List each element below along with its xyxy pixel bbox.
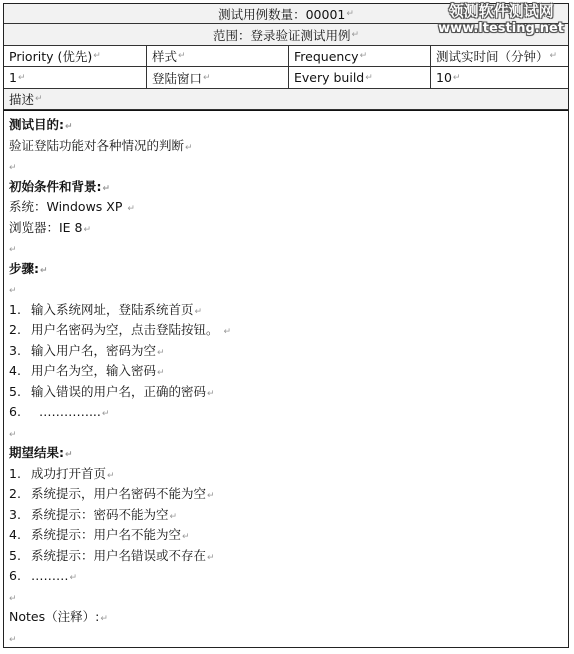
blank-line: ↵ [9, 628, 563, 649]
paragraph-mark-icon: ↵ [351, 30, 359, 40]
description-row: 描述↵ [4, 89, 568, 110]
step-text: …………... [39, 404, 101, 419]
paragraph-mark-icon: ↵ [360, 51, 368, 61]
frequency-value: Every build [294, 70, 364, 85]
paragraph-mark-icon: ↵ [195, 307, 203, 317]
paragraph-mark-icon: ↵ [84, 225, 92, 235]
conditions-browser: 浏览器：IE 8↵ [9, 218, 563, 239]
expected-item: 5.系统提示：用户名错误或不存在↵ [9, 546, 563, 567]
paragraph-mark-icon: ↵ [100, 614, 108, 624]
expected-text: 系统提示：用户名不能为空 [31, 527, 181, 542]
expected-text: 系统提示，用户名密码不能为空 [31, 486, 206, 501]
paragraph-mark-icon: ↵ [203, 73, 211, 83]
paragraph-mark-icon: ↵ [40, 266, 48, 276]
step-number: 6. [9, 402, 31, 423]
notes-label-text: Notes（注释）: [9, 609, 99, 624]
style-value-cell: 登陆窗口↵ [146, 67, 288, 88]
step-number: 5. [9, 382, 31, 403]
paragraph-mark-icon: ↵ [453, 73, 461, 83]
frequency-label: Frequency [294, 49, 359, 64]
blank-line: ↵ [9, 279, 563, 300]
watermark-name: 领测软件测试网 [438, 4, 564, 19]
style-label: 样式 [152, 47, 177, 65]
paragraph-mark-icon: ↵ [70, 573, 78, 583]
blank-line: ↵ [9, 156, 563, 177]
paragraph-mark-icon: ↵ [9, 245, 17, 255]
paragraph-mark-icon: ↵ [182, 532, 190, 542]
notes-label: Notes（注释）:↵ [9, 607, 563, 628]
step-text: 输入错误的用户名，正确的密码 [31, 384, 206, 399]
time-header: 测试实时间（分钟）↵ [430, 46, 568, 66]
paragraph-mark-icon: ↵ [93, 51, 101, 61]
test-case-table: 测试用例数量：00001↵ 范围：登录验证测试用例↵ Priority (优先)… [3, 3, 569, 648]
paragraph-mark-icon: ↵ [207, 553, 215, 563]
step-item: 6. …………...↵ [9, 402, 563, 423]
paragraph-mark-icon: ↵ [224, 327, 232, 337]
expected-text: 系统提示：密码不能为空 [31, 507, 169, 522]
paragraph-mark-icon: ↵ [9, 286, 17, 296]
paragraph-mark-icon: ↵ [157, 368, 165, 378]
blank-line: ↵ [9, 423, 563, 444]
frequency-header: Frequency↵ [288, 46, 430, 66]
expected-heading: 期望结果:↵ [9, 443, 563, 464]
step-number: 3. [9, 341, 31, 362]
step-item: 4.用户名为空，输入密码↵ [9, 361, 563, 382]
expected-item: 6.………↵ [9, 566, 563, 587]
priority-header: Priority (优先)↵ [4, 46, 146, 66]
paragraph-mark-icon: ↵ [207, 389, 215, 399]
priority-label: Priority (优先) [9, 47, 92, 65]
priority-value-cell: 1↵ [4, 67, 146, 88]
column-header-row: Priority (优先)↵ 样式↵ Frequency↵ 测试实时间（分钟）↵ [4, 46, 568, 67]
paragraph-mark-icon: ↵ [9, 594, 17, 604]
paragraph-mark-icon: ↵ [346, 9, 354, 19]
step-item: 1.输入系统网址，登陆系统首页↵ [9, 300, 563, 321]
style-value: 登陆窗口 [152, 69, 202, 87]
expected-item: 3.系统提示：密码不能为空↵ [9, 505, 563, 526]
expected-text: 成功打开首页 [31, 466, 106, 481]
paragraph-mark-icon: ↵ [365, 73, 373, 83]
conditions-os: 系统：Windows XP ↵ [9, 197, 563, 218]
step-item: 3.输入用户名，密码为空↵ [9, 341, 563, 362]
style-header: 样式↵ [146, 46, 288, 66]
conditions-heading-text: 初始条件和背景: [9, 179, 102, 194]
paragraph-mark-icon: ↵ [9, 635, 17, 645]
step-text: 输入系统网址，登陆系统首页 [31, 302, 194, 317]
expected-item: 2.系统提示，用户名密码不能为空↵ [9, 484, 563, 505]
time-value-cell: 10↵ [430, 67, 568, 88]
description-label: 描述 [9, 90, 34, 108]
time-label: 测试实时间（分钟） [436, 47, 549, 65]
expected-text: 系统提示：用户名错误或不存在 [31, 548, 206, 563]
step-item: 5.输入错误的用户名，正确的密码↵ [9, 382, 563, 403]
steps-heading-text: 步骤: [9, 261, 39, 276]
expected-number: 3. [9, 505, 31, 526]
browser-text: 浏览器：IE 8 [9, 220, 83, 235]
priority-value: 1 [9, 70, 17, 85]
scope-text: 范围：登录验证测试用例 [213, 26, 351, 44]
paragraph-mark-icon: ↵ [178, 51, 186, 61]
time-value: 10 [436, 70, 452, 85]
expected-item: 4.系统提示：用户名不能为空↵ [9, 525, 563, 546]
paragraph-mark-icon: ↵ [65, 122, 73, 132]
description-body: 测试目的:↵ 验证登陆功能对各种情况的判断↵ ↵ 初始条件和背景:↵ 系统：Wi… [4, 110, 568, 647]
expected-number: 4. [9, 525, 31, 546]
blank-line: ↵ [9, 238, 563, 259]
expected-item: 1.成功打开首页↵ [9, 464, 563, 485]
purpose-text-value: 验证登陆功能对各种情况的判断 [9, 138, 184, 153]
paragraph-mark-icon: ↵ [9, 163, 17, 173]
conditions-heading: 初始条件和背景:↵ [9, 177, 563, 198]
paragraph-mark-icon: ↵ [35, 94, 43, 104]
test-case-count: 测试用例数量：00001 [218, 5, 345, 23]
paragraph-mark-icon: ↵ [170, 512, 178, 522]
paragraph-mark-icon: ↵ [157, 348, 165, 358]
purpose-heading-text: 测试目的: [9, 117, 64, 132]
expected-heading-text: 期望结果: [9, 445, 64, 460]
expected-number: 1. [9, 464, 31, 485]
step-number: 4. [9, 361, 31, 382]
watermark-url: www.ltesting.net [438, 22, 564, 35]
step-text: 输入用户名，密码为空 [31, 343, 156, 358]
value-row: 1↵ 登陆窗口↵ Every build↵ 10↵ [4, 67, 568, 89]
steps-heading: 步骤:↵ [9, 259, 563, 280]
paragraph-mark-icon: ↵ [207, 491, 215, 501]
step-text: 用户名密码为空，点击登陆按钮。 [31, 322, 219, 337]
step-text: 用户名为空，输入密码 [31, 363, 156, 378]
step-item: 2.用户名密码为空，点击登陆按钮。 ↵ [9, 320, 563, 341]
paragraph-mark-icon: ↵ [9, 430, 17, 440]
frequency-value-cell: Every build↵ [288, 67, 430, 88]
expected-number: 6. [9, 566, 31, 587]
paragraph-mark-icon: ↵ [127, 204, 135, 214]
purpose-text: 验证登陆功能对各种情况的判断↵ [9, 136, 563, 157]
expected-text: ……… [31, 568, 69, 583]
expected-number: 5. [9, 546, 31, 567]
site-watermark: 领测软件测试网 www.ltesting.net [438, 4, 564, 35]
paragraph-mark-icon: ↵ [550, 51, 558, 61]
paragraph-mark-icon: ↵ [185, 143, 193, 153]
purpose-heading: 测试目的:↵ [9, 115, 563, 136]
expected-number: 2. [9, 484, 31, 505]
blank-line: ↵ [9, 587, 563, 608]
paragraph-mark-icon: ↵ [103, 184, 111, 194]
paragraph-mark-icon: ↵ [107, 471, 115, 481]
paragraph-mark-icon: ↵ [102, 409, 110, 419]
step-number: 1. [9, 300, 31, 321]
os-text: 系统：Windows XP [9, 199, 122, 214]
description-label-cell: 描述↵ [4, 89, 568, 109]
paragraph-mark-icon: ↵ [65, 450, 73, 460]
paragraph-mark-icon: ↵ [18, 73, 26, 83]
step-number: 2. [9, 320, 31, 341]
